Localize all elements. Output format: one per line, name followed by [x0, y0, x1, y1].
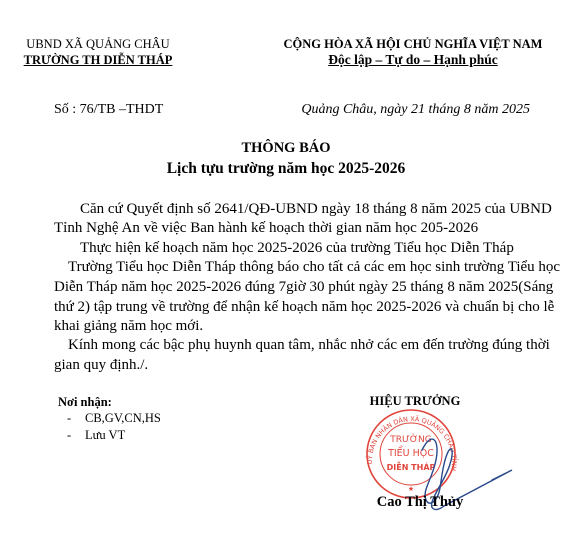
body-line: Thực hiện kế hoạch năm học 2025-2026 của…	[80, 239, 566, 259]
recipient-bullet: -	[67, 411, 71, 426]
body-line: Tỉnh Nghệ An về việc Ban hành kế hoạch t…	[54, 219, 540, 239]
signatory-title: HIỆU TRƯỞNG	[360, 394, 470, 409]
body-line: Diễn Tháp năm học 2025-2026 đúng 7giờ 30…	[54, 278, 540, 298]
body-line: khai giảng năm học mới.	[54, 317, 540, 337]
body-line: thứ 2) tập trung về trường để nhận kế ho…	[54, 298, 540, 318]
body-line: Căn cứ Quyết định số 2641/QĐ-UBND ngày 1…	[80, 200, 540, 220]
recipient-item: CB,GV,CN,HS	[85, 411, 161, 426]
recipient-bullet: -	[67, 428, 71, 443]
document-subtitle: Lịch tựu trường năm học 2025-2026	[0, 160, 572, 178]
national-motto: Độc lập – Tự do – Hạnh phúc	[282, 52, 544, 68]
document-number: Số : 76/TB –THDT	[54, 102, 163, 118]
recipient-item: Lưu VT	[85, 428, 125, 443]
place-date: Quảng Châu, ngày 21 tháng 8 năm 2025	[300, 102, 530, 118]
body-line: Trường Tiểu học Diễn Tháp thông báo cho …	[68, 258, 540, 278]
recipients-label: Nơi nhận:	[58, 395, 112, 410]
issuing-authority: UBND XÃ QUẢNG CHÂU	[0, 36, 196, 52]
school-name: TRƯỜNG TH DIỄN THÁP	[0, 52, 196, 68]
body-line: gian quy định./.	[54, 356, 540, 376]
national-title: CỘNG HÒA XÃ HỘI CHỦ NGHĨA VIỆT NAM	[282, 36, 544, 52]
body-line: Kính mong các bậc phụ huynh quan tâm, nh…	[68, 336, 540, 356]
signatory-name: Cao Thị Thủy	[360, 494, 480, 511]
document-title: THÔNG BÁO	[0, 140, 572, 157]
